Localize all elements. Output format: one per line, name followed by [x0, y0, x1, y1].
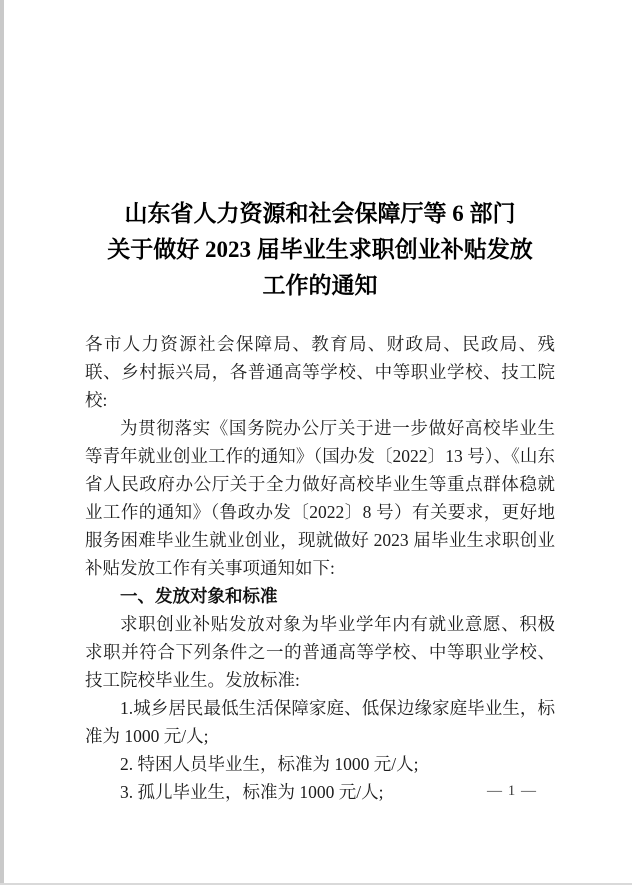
- scan-edge-shadow-left: [0, 0, 4, 885]
- title-line-2: 关于做好 2023 届毕业生求职创业补贴发放: [85, 232, 555, 268]
- section-1-heading: 一、发放对象和标准: [85, 582, 555, 610]
- title-line-3: 工作的通知: [85, 268, 555, 304]
- list-item-1: 1.城乡居民最低生活保障家庭、低保边缘家庭毕业生，标准为 1000 元/人;: [85, 694, 555, 750]
- section-1-intro: 求职创业补贴发放对象为毕业学年内有就业意愿、积极求职并符合下列条件之一的普通高等…: [85, 610, 555, 694]
- intro-paragraph: 为贯彻落实《国务院办公厅关于进一步做好高校毕业生等青年就业创业工作的通知》（国办…: [85, 414, 555, 582]
- document-title: 山东省人力资源和社会保障厅等 6 部门 关于做好 2023 届毕业生求职创业补贴…: [85, 196, 555, 304]
- document-page: 山东省人力资源和社会保障厅等 6 部门 关于做好 2023 届毕业生求职创业补贴…: [0, 0, 632, 885]
- salutation: 各市人力资源社会保障局、教育局、财政局、民政局、残联、乡村振兴局，各普通高等学校…: [85, 330, 555, 414]
- list-item-3: 3. 孤儿毕业生，标准为 1000 元/人;: [85, 778, 555, 806]
- title-line-1: 山东省人力资源和社会保障厅等 6 部门: [85, 196, 555, 232]
- page-number: — 1 —: [487, 782, 537, 800]
- document-content: 山东省人力资源和社会保障厅等 6 部门 关于做好 2023 届毕业生求职创业补贴…: [85, 196, 555, 806]
- list-item-2: 2. 特困人员毕业生，标准为 1000 元/人;: [85, 750, 555, 778]
